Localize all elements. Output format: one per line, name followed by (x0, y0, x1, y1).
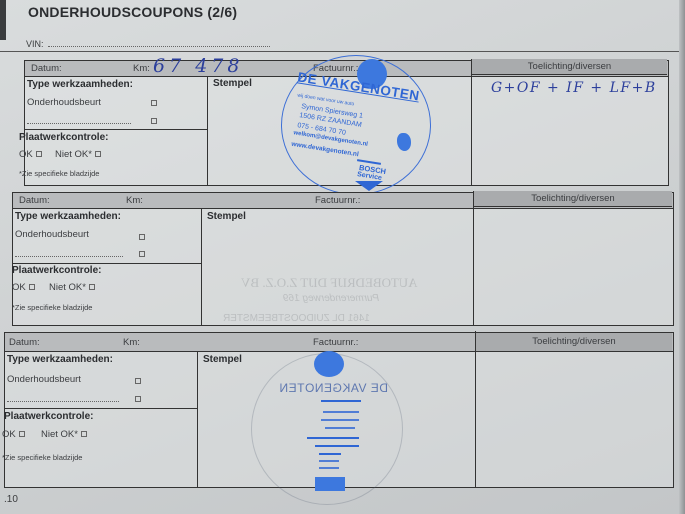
divider (0, 51, 679, 52)
onderhoudsbeurt-checkbox[interactable] (151, 100, 157, 106)
niet-ok-label: Niet OK* (55, 149, 101, 160)
plaatwerkcontrole-label: Plaatwerkcontrole: (19, 132, 108, 143)
datum-label: Datum: (31, 63, 62, 74)
divider (25, 129, 207, 130)
coupon-2: Datum: Km: Factuurnr.: Type werkzaamhede… (12, 192, 674, 326)
onderhoudsbeurt-checkbox[interactable] (135, 378, 141, 384)
niet-ok-checkbox[interactable] (89, 284, 95, 290)
toelichting-field[interactable] (474, 208, 672, 323)
other-work-checkbox[interactable] (139, 251, 145, 257)
plaatwerkcontrole-label: Plaatwerkcontrole: (4, 411, 93, 422)
stamp-text-line (321, 400, 361, 402)
stamp-figure-icon (397, 133, 411, 151)
ok-text: OK (19, 149, 33, 160)
toelichting-value[interactable]: G+OF + IF + LF+B (491, 80, 657, 96)
divider (5, 408, 197, 409)
niet-ok-checkbox[interactable] (81, 431, 87, 437)
onderhoudsbeurt-label: Onderhoudsbeurt (7, 374, 81, 385)
toelichting-header: Toelichting/diversen (474, 191, 672, 207)
stamp-text-line (319, 453, 341, 455)
ghost-stamp-line3: 1461 DL ZUIDOOSTBEEMSTER (223, 313, 370, 324)
footnote: *Zie specifieke bladzijde (2, 453, 82, 462)
bosch-logo-icon (315, 477, 345, 491)
footnote: *Zie specifieke bladzijde (19, 169, 99, 178)
other-work-field[interactable] (7, 401, 119, 402)
vin-label: VIN: (26, 39, 44, 49)
mirrored-stamp-name: DE VAKGENOTEN (279, 381, 388, 395)
toelichting-header: Toelichting/diversen (476, 333, 672, 352)
stamp-text-line (307, 437, 359, 439)
plaatwerkcontrole-label: Plaatwerkcontrole: (12, 265, 101, 276)
ghost-stamp-line2: Purmerenderweg 169 (283, 293, 379, 304)
niet-ok-text: Niet OK* (55, 149, 92, 160)
datum-field[interactable] (41, 333, 119, 350)
niet-ok-label: Niet OK* (49, 282, 95, 293)
stamp-text-line (323, 411, 359, 413)
page-edge (0, 0, 6, 40)
km-field[interactable] (145, 193, 305, 207)
onderhoudsbeurt-checkbox[interactable] (139, 234, 145, 240)
niet-ok-text: Niet OK* (41, 429, 78, 440)
other-work-checkbox[interactable] (135, 396, 141, 402)
ok-text: OK (12, 282, 26, 293)
datum-label: Datum: (19, 195, 50, 206)
divider (13, 263, 201, 264)
km-field[interactable] (143, 333, 303, 350)
ok-checkbox[interactable] (19, 431, 25, 437)
page-number: .10 (4, 494, 18, 505)
ok-checkbox[interactable] (36, 151, 42, 157)
stamp-logo-icon (314, 351, 344, 377)
other-work-checkbox[interactable] (151, 118, 157, 124)
datum-label: Datum: (9, 337, 40, 348)
km-label: Km: (133, 63, 150, 74)
type-werkzaamheden-label: Type werkzaamheden: (15, 211, 121, 222)
type-werkzaamheden-label: Type werkzaamheden: (27, 79, 133, 90)
ok-checkbox[interactable] (29, 284, 35, 290)
toelichting-field[interactable] (476, 353, 672, 485)
stempel-label: Stempel (213, 78, 252, 89)
onderhoudsbeurt-label: Onderhoudsbeurt (27, 97, 101, 108)
ghost-stamp-line1: AUTOBEDRIJF DIJT Z.O.Z. BV (241, 275, 417, 291)
toelichting-section: Toelichting/diversen (475, 331, 672, 487)
page-title: ONDERHOUDSCOUPONS (2/6) (28, 4, 237, 20)
datum-field[interactable] (51, 193, 121, 207)
toelichting-header: Toelichting/diversen (472, 59, 667, 75)
footnote: *Zie specifieke bladzijde (12, 303, 92, 312)
other-work-field[interactable] (27, 123, 131, 124)
niet-ok-checkbox[interactable] (95, 151, 101, 157)
km-value[interactable]: 67 478 (153, 55, 243, 77)
niet-ok-text: Niet OK* (49, 282, 86, 293)
stamp-text-line (319, 467, 339, 469)
km-label: Km: (126, 195, 143, 206)
stempel-label: Stempel (203, 354, 242, 365)
page-shadow (679, 0, 685, 514)
niet-ok-label: Niet OK* (41, 429, 87, 440)
stamp-area[interactable] (203, 209, 473, 324)
other-work-field[interactable] (15, 256, 123, 257)
toelichting-section: Toelichting/diversen (471, 59, 667, 185)
vin-field[interactable] (48, 46, 270, 47)
stamp-text-line (325, 427, 355, 429)
stamp-text-line (315, 445, 359, 447)
ok-text: OK (2, 429, 16, 440)
onderhoudsbeurt-label: Onderhoudsbeurt (15, 229, 89, 240)
ok-label: OK (12, 282, 35, 293)
type-werkzaamheden-label: Type werkzaamheden: (7, 354, 113, 365)
ok-label: OK (2, 429, 25, 440)
coupon-1: Datum: Km: Factuurnr.: 67 478 Type werkz… (24, 60, 669, 186)
stamp-text-line (319, 460, 339, 462)
factuurnr-label: Factuurnr.: (313, 337, 358, 348)
stamp-text-line (321, 419, 359, 421)
factuurnr-label: Factuurnr.: (315, 195, 360, 206)
bosch-logo-icon (355, 181, 383, 191)
ok-label: OK (19, 149, 42, 160)
km-label: Km: (123, 337, 140, 348)
coupon-3: Datum: Km: Factuurnr.: Type werkzaamhede… (4, 332, 674, 488)
toelichting-section: Toelichting/diversen (473, 191, 672, 325)
